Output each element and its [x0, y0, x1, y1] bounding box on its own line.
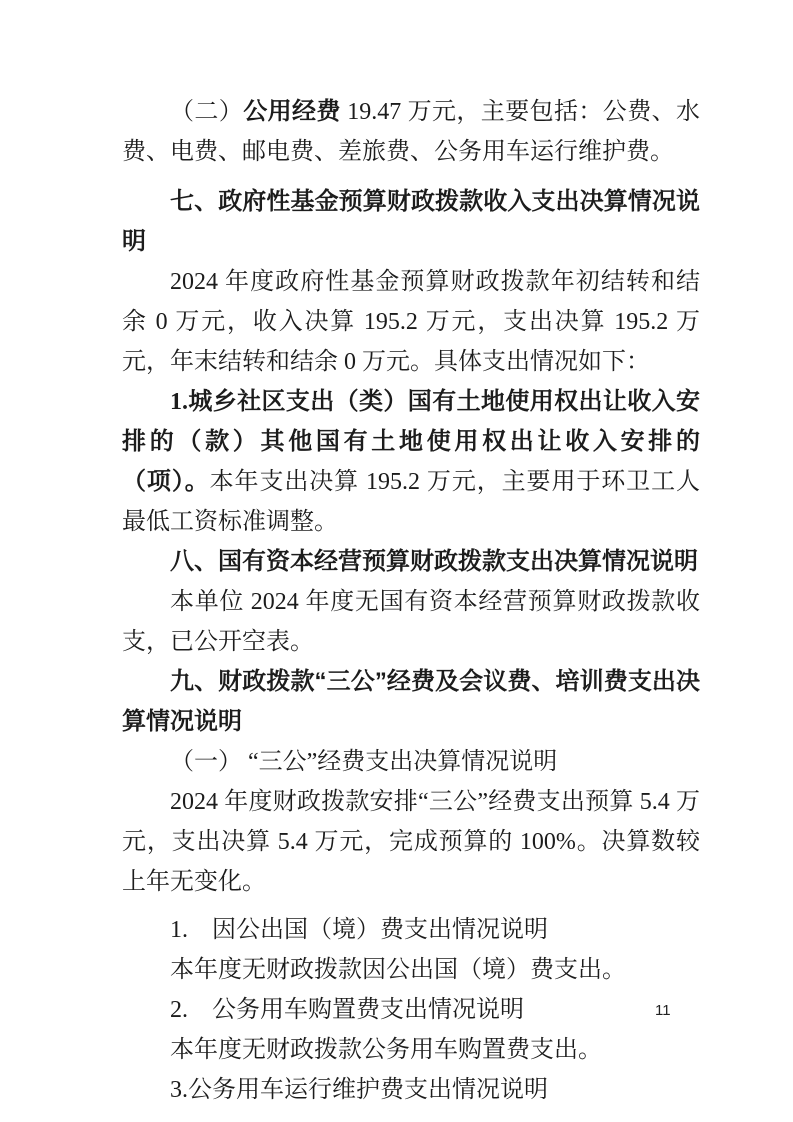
paragraph-govfund-summary: 2024 年度政府性基金预算财政拨款年初结转和结余 0 万元，收入决算 195.…: [122, 262, 700, 382]
text-run: 本年度无财政拨款因公出国（境）费支出。: [170, 957, 626, 983]
page-number: 11: [655, 1002, 671, 1019]
document-content: （二）公用经费 19.47 万元，主要包括：公费、水费、电费、邮电费、差旅费、公…: [122, 92, 700, 1110]
text-run: 2024 年度财政拨款安排“三公”经费支出预算 5.4 万元，支出决算 5.4 …: [122, 789, 700, 895]
text-run: 本年支出决算 195.2 万元，主要用于环卫工人最低工资标准调整。: [122, 469, 700, 535]
paragraph-sangong-budget: 2024 年度财政拨款安排“三公”经费支出预算 5.4 万元，支出决算 5.4 …: [122, 782, 700, 902]
heading-section-7: 七、政府性基金预算财政拨款收入支出决算情况说明: [122, 182, 700, 262]
document-page: （二）公用经费 19.47 万元，主要包括：公费、水费、电费、邮电费、差旅费、公…: [0, 0, 793, 1122]
heading-section-9: 九、财政拨款“三公”经费及会议费、培训费支出决算情况说明: [122, 662, 700, 742]
item-2-vehicle-purchase-title: 2. 公务用车购置费支出情况说明: [122, 990, 700, 1030]
text-run: 2. 公务用车购置费支出情况说明: [170, 997, 524, 1023]
paragraph-abroad-none: 本年度无财政拨款因公出国（境）费支出。: [122, 950, 700, 990]
paragraph-state-capital: 本单位 2024 年度无国有资本经营预算财政拨款收支，已公开空表。: [122, 582, 700, 662]
heading-text: 九、财政拨款“三公”经费及会议费、培训费支出决算情况说明: [122, 668, 700, 735]
text-run: 2024 年度政府性基金预算财政拨款年初结转和结余 0 万元，收入决算 195.…: [122, 269, 700, 375]
text-run: 本年度无财政拨款公务用车购置费支出。: [170, 1037, 602, 1063]
paragraph-vehicle-purchase-none: 本年度无财政拨款公务用车购置费支出。: [122, 1030, 700, 1070]
text-run: （一） “三公”经费支出决算情况说明: [170, 749, 557, 775]
heading-text: 七、政府性基金预算财政拨款收入支出决算情况说明: [122, 188, 700, 255]
heading-section-8: 八、国有资本经营预算财政拨款支出决算情况说明: [122, 542, 700, 582]
text-run: 3.公务用车运行维护费支出情况说明: [170, 1077, 548, 1103]
text-run: 1. 因公出国（境）费支出情况说明: [170, 917, 548, 943]
text-run-bold: 公用经费: [243, 99, 341, 125]
text-run: （二）: [170, 99, 243, 125]
paragraph-govfund-item-1: 1.城乡社区支出（类）国有土地使用权出让收入安排的（款）其他国有土地使用权出让收…: [122, 382, 700, 542]
heading-text: 八、国有资本经营预算财政拨款支出决算情况说明: [170, 548, 698, 575]
item-1-abroad-title: 1. 因公出国（境）费支出情况说明: [122, 910, 700, 950]
text-run: 本单位 2024 年度无国有资本经营预算财政拨款收支，已公开空表。: [122, 589, 700, 655]
paragraph-public-expense: （二）公用经费 19.47 万元，主要包括：公费、水费、电费、邮电费、差旅费、公…: [122, 92, 700, 172]
paragraph-sangong-subtitle: （一） “三公”经费支出决算情况说明: [122, 742, 700, 782]
item-3-vehicle-maintenance-title: 3.公务用车运行维护费支出情况说明: [122, 1070, 700, 1110]
